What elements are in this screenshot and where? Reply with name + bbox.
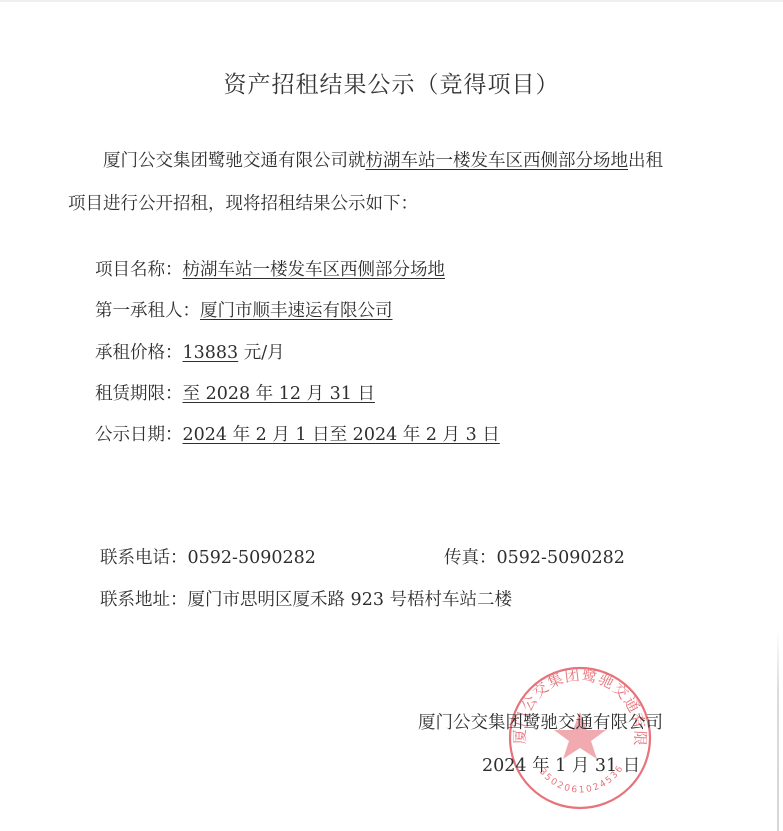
phone-label: 联系电话：	[100, 548, 188, 568]
address-value: 厦门市思明区厦禾路 923 号梧村车站二楼	[188, 590, 513, 610]
intro-line-2: 项目进行公开招租，现将招租结果公示如下：	[68, 183, 728, 226]
address-label: 联系地址：	[100, 590, 188, 610]
contact-fax: 传真：0592-5090282	[444, 544, 625, 569]
field-value: 至 2028 年 12 月 31 日	[183, 384, 375, 404]
field-label: 项目名称：	[95, 260, 183, 280]
field-unit: 元/月	[238, 343, 284, 363]
field-publicity-date: 公示日期：2024 年 2 月 1 日至 2024 年 2 月 3 日	[95, 421, 500, 446]
field-label: 公示日期：	[95, 425, 183, 445]
phone-value: 0592-5090282	[188, 548, 316, 568]
field-label: 承租价格：	[95, 343, 183, 363]
contact-address: 联系地址：厦门市思明区厦禾路 923 号梧村车站二楼	[100, 586, 512, 611]
page-title: 资产招租结果公示（竞得项目）	[0, 66, 783, 99]
field-value: 厦门市顺丰速运有限公司	[200, 301, 393, 321]
fax-value: 0592-5090282	[497, 548, 625, 568]
field-label: 租赁期限：	[95, 384, 183, 404]
intro-line-1: 厦门公交集团鹭驰交通有限公司就枋湖车站一楼发车区西侧部分场地出租	[68, 140, 728, 183]
field-first-lessee: 第一承租人：厦门市顺丰速运有限公司	[95, 297, 393, 322]
field-label: 第一承租人：	[95, 301, 200, 321]
signature-date: 2024 年 1 月 31 日	[482, 752, 640, 777]
field-value: 枋湖车站一楼发车区西侧部分场地	[183, 260, 446, 280]
intro-paragraph: 厦门公交集团鹭驰交通有限公司就枋湖车站一楼发车区西侧部分场地出租 项目进行公开招…	[68, 140, 728, 226]
page-right-edge	[777, 630, 779, 831]
intro-text: 厦门公交集团鹭驰交通有限公司就	[103, 151, 366, 171]
field-rent-price: 承租价格：13883 元/月	[95, 339, 285, 364]
field-value: 2024 年 2 月 1 日至 2024 年 2 月 3 日	[183, 425, 500, 445]
intro-project-name: 枋湖车站一楼发车区西侧部分场地	[366, 151, 629, 171]
intro-text-suffix: 出租	[628, 151, 663, 171]
company-seal: 厦门公交集团鹭驰交通有限公司 3502061024536	[505, 660, 655, 815]
contact-phone: 联系电话：0592-5090282	[100, 544, 316, 569]
field-project-name: 项目名称：枋湖车站一楼发车区西侧部分场地	[95, 256, 445, 281]
fax-label: 传真：	[444, 548, 497, 568]
field-value: 13883	[183, 343, 239, 363]
signature-company: 厦门公交集团鹭驰交通有限公司	[418, 709, 663, 734]
page-top-edge	[0, 0, 783, 2]
field-lease-term: 租赁期限：至 2028 年 12 月 31 日	[95, 380, 375, 405]
